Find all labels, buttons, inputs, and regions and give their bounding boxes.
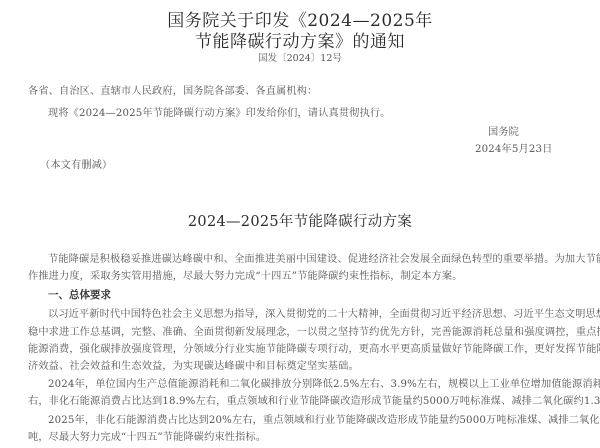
section-heading: 一、总体要求 [48,287,111,302]
document-number: 国发〔2024〕12号 [0,50,600,64]
abridged-note: （本文有删减） [40,156,112,171]
signatory: 国务院 [488,123,519,138]
para3-line-1: 2025年，非化石能源消费占比达到20%左右，重点领域和行业节能降碳改造形成节能… [48,411,600,426]
intro-line-1: 节能降碳是积极稳妥推进碳达峰碳中和、全面推进美丽中国建设、促进经济社会发展全面绿… [48,250,600,265]
plan-title: 2024—2025年节能降碳行动方案 [0,210,600,231]
para1-line-3: 能源消费，强化碳排放强度管理，分领域分行业实施节能降碳专项行动，更高水平更高质量… [28,340,600,355]
para1-line-2: 稳中求进工作总基调，完整、准确、全面贯彻新发展理念，一以贯之坚持节约优先方针，完… [28,323,600,338]
para1-line-1: 以习近平新时代中国特色社会主义思想为指导，深入贯彻党的二十大精神，全面贯彻习近平… [48,305,600,320]
para2-line-1: 2024年，单位国内生产总值能源消耗和二氧化碳排放分别降低2.5%左右、3.9%… [48,375,600,390]
intro-line-2: 作推进力度，采取务实管用措施，尽最大努力完成“十四五”节能降碳约束性指标，制定本… [28,267,463,282]
addressees: 各省、自治区、直辖市人民政府，国务院各部委、各直属机构： [28,82,317,97]
para3-line-2: 吨，尽最大努力完成“十四五”节能降碳约束性指标。 [28,428,266,443]
para1-line-4: 济效益、社会效益和生态效益，为实现碳达峰碳中和目标奠定坚实基础。 [28,357,359,372]
notice-title-line2: 节能降碳行动方案》的通知 [0,27,600,52]
para2-line-2: 右，非化石能源消费占比达到18.9%左右，重点领域和行业节能降碳改造形成节能量约… [28,392,600,407]
issue-date: 2024年5月23日 [475,140,552,155]
notice-body: 现将《2024—2025年节能降碳行动方案》印发给你们，请认真贯彻执行。 [48,104,391,119]
